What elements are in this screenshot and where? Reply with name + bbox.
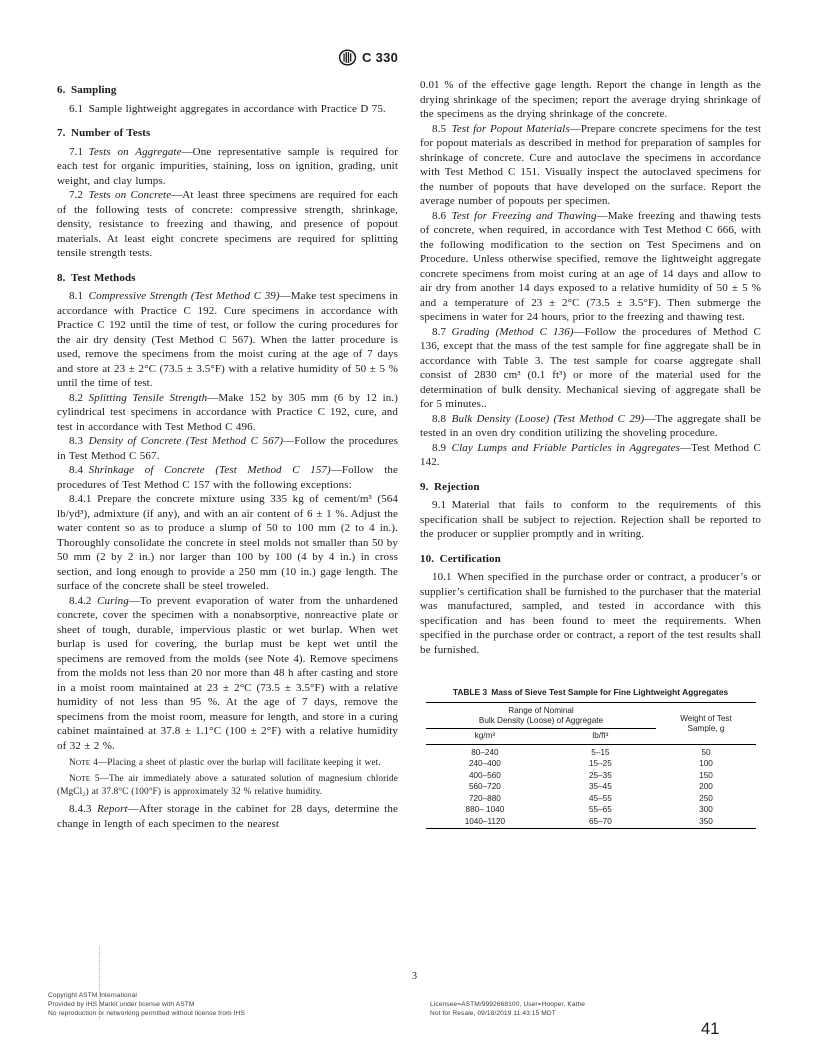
body-paragraph: 8.2 Splitting Tensile Strength—Make 152 … xyxy=(57,391,398,435)
copyright-line: Provided by IHS Markit under license wit… xyxy=(48,1000,245,1009)
body-paragraph: 9.1 Material that fails to conform to th… xyxy=(420,498,761,542)
license-line: Not for Resale, 09/18/2019 11:43:15 MDT xyxy=(430,1009,585,1018)
table-3-unit-imperial: lb/ft³ xyxy=(544,728,656,744)
table-3-title: TABLE 3 Mass of Sieve Test Sample for Fi… xyxy=(438,687,744,698)
table-cell: 100 xyxy=(656,759,755,771)
copyright-line: Copyright ASTM International xyxy=(48,991,245,1000)
table-cell: 350 xyxy=(656,817,755,829)
body-paragraph: 8.4.2 Curing—To prevent evaporation of w… xyxy=(57,594,398,754)
table-row: 80–2405–1550 xyxy=(426,744,756,759)
table-row: 720–88045–55250 xyxy=(426,793,756,805)
body-paragraph: 8.4.1 Prepare the concrete mixture using… xyxy=(57,492,398,594)
body-paragraph: 7.2 Tests on Concrete—At least three spe… xyxy=(57,188,398,261)
section-heading: 6. Sampling xyxy=(57,83,398,98)
body-paragraph: 8.7 Grading (Method C 136)—Follow the pr… xyxy=(420,325,761,412)
section-heading: 9. Rejection xyxy=(420,480,761,495)
table-cell: 560–720 xyxy=(426,782,545,794)
table-cell: 50 xyxy=(656,744,755,759)
note-paragraph: NOTE 4—Placing a sheet of plastic over t… xyxy=(57,757,398,769)
body-paragraph: 8.8 Bulk Density (Loose) (Test Method C … xyxy=(420,412,761,441)
section-heading: 7. Number of Tests xyxy=(57,126,398,141)
table-cell: 150 xyxy=(656,770,755,782)
table-cell: 25–35 xyxy=(544,770,656,782)
table-cell: 300 xyxy=(656,805,755,817)
table-cell: 1040–1120 xyxy=(426,817,545,829)
table-cell: 65–70 xyxy=(544,817,656,829)
page-number: 3 xyxy=(412,971,417,982)
designation-code: C 330 xyxy=(362,50,398,65)
table-cell: 250 xyxy=(656,793,755,805)
note-paragraph: NOTE 5—The air immediately above a satur… xyxy=(57,773,398,798)
section-heading: 8. Test Methods xyxy=(57,271,398,286)
table-3-group-header: Range of Nominal Bulk Density (Loose) of… xyxy=(426,702,657,728)
body-paragraph: 6.1 Sample lightweight aggregates in acc… xyxy=(57,102,398,117)
right-column: 0.01 % of the effective gage length. Rep… xyxy=(420,78,761,829)
table-3-grid: Range of Nominal Bulk Density (Loose) of… xyxy=(426,702,756,830)
copyright-notice: Copyright ASTM International Provided by… xyxy=(48,991,245,1018)
table-row: 880– 104055–65300 xyxy=(426,805,756,817)
copyright-line: No reproduction or networking permitted … xyxy=(48,1009,245,1018)
table-row: 560–72035–45200 xyxy=(426,782,756,794)
table-3-unit-metric: kg/m³ xyxy=(426,728,545,744)
license-notice: Licensee=ASTM/9992668100, User=Hooper, K… xyxy=(430,1000,585,1018)
table-cell: 400–560 xyxy=(426,770,545,782)
table-cell: 80–240 xyxy=(426,744,545,759)
body-paragraph-continuation: 0.01 % of the effective gage length. Rep… xyxy=(420,78,761,122)
table-cell: 35–45 xyxy=(544,782,656,794)
table-cell: 45–55 xyxy=(544,793,656,805)
body-paragraph: 8.4 Shrinkage of Concrete (Test Method C… xyxy=(57,463,398,492)
table-row: 1040–112065–70350 xyxy=(426,817,756,829)
body-paragraph: 10.1 When specified in the purchase orde… xyxy=(420,570,761,657)
section-heading: 10. Certification xyxy=(420,552,761,567)
body-paragraph: 8.5 Test for Popout Materials—Prepare co… xyxy=(420,122,761,209)
left-column: 6. Sampling6.1 Sample lightweight aggreg… xyxy=(57,78,398,831)
table-cell: 5–15 xyxy=(544,744,656,759)
table-cell: 720–880 xyxy=(426,793,545,805)
table-cell: 880– 1040 xyxy=(426,805,545,817)
body-paragraph: 7.1 Tests on Aggregate—One representativ… xyxy=(57,145,398,189)
table-cell: 55–65 xyxy=(544,805,656,817)
table-cell: 200 xyxy=(656,782,755,794)
folio-page-number: 41 xyxy=(701,1020,719,1039)
table-cell: 15–25 xyxy=(544,759,656,771)
body-paragraph: 8.4.3 Report—After storage in the cabine… xyxy=(57,802,398,831)
table-3: TABLE 3 Mass of Sieve Test Sample for Fi… xyxy=(426,687,756,829)
body-paragraph: 8.1 Compressive Strength (Test Method C … xyxy=(57,289,398,391)
table-cell: 240–400 xyxy=(426,759,545,771)
table-3-weight-header: Weight of Test Sample, g xyxy=(656,702,755,744)
astm-logo-icon xyxy=(338,49,357,66)
table-row: 240–40015–25100 xyxy=(426,759,756,771)
body-paragraph: 8.9 Clay Lumps and Friable Particles in … xyxy=(420,441,761,470)
body-paragraph: 8.3 Density of Concrete (Test Method C 5… xyxy=(57,434,398,463)
document-header: C 330 xyxy=(338,49,398,66)
body-paragraph: 8.6 Test for Freezing and Thawing—Make f… xyxy=(420,209,761,325)
license-line: Licensee=ASTM/9992668100, User=Hooper, K… xyxy=(430,1000,585,1009)
right-column-text: 0.01 % of the effective gage length. Rep… xyxy=(420,78,761,657)
table-row: 400–56025–35150 xyxy=(426,770,756,782)
